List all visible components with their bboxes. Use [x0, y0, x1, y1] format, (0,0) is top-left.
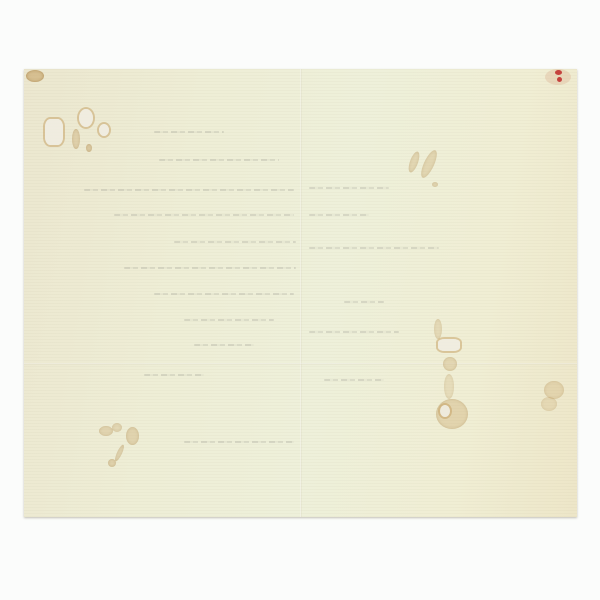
horizontal-fold	[24, 363, 577, 365]
letter-paper	[24, 69, 577, 517]
vertical-fold	[300, 69, 302, 517]
